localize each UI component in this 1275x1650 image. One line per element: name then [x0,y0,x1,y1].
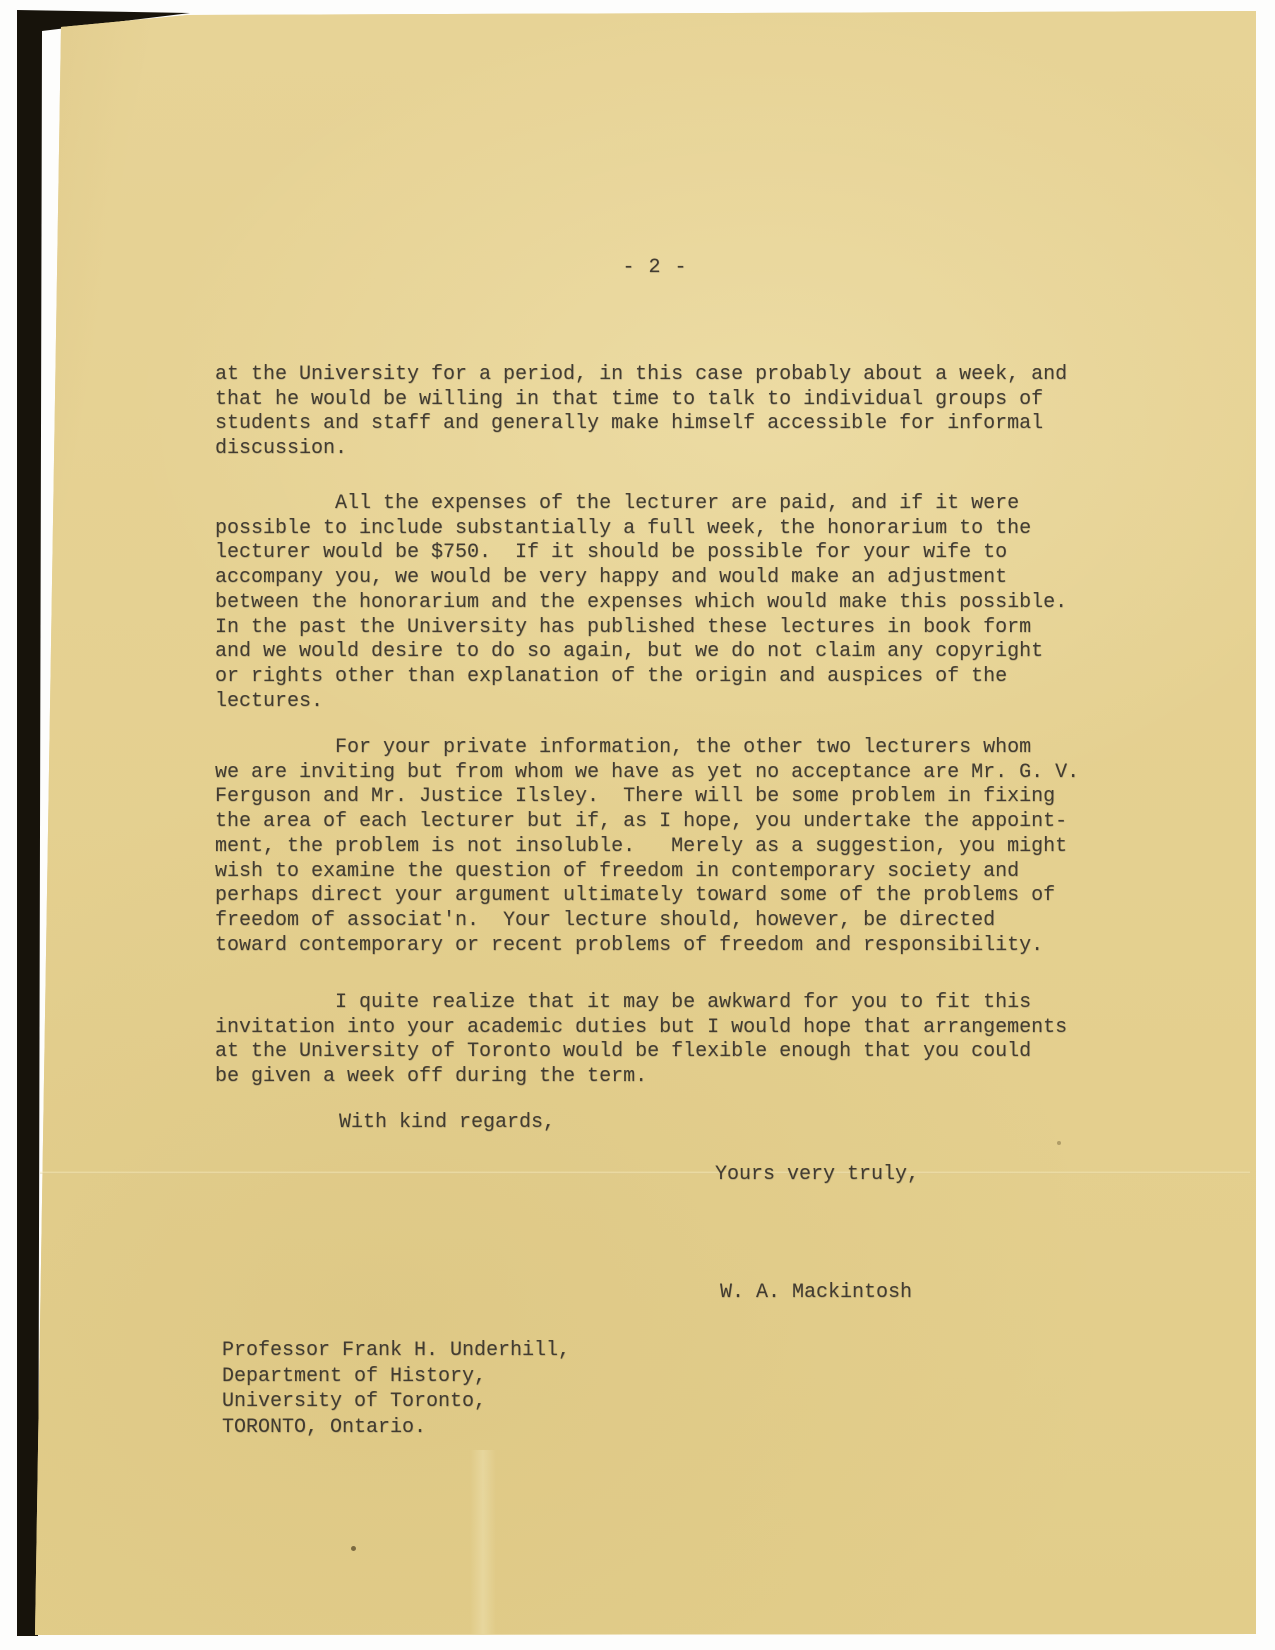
letter-text-layer: - 2 - at the University for a period, in… [0,0,1275,1650]
body-paragraph-3: For your private information, the other … [215,736,1079,958]
scanned-letter-page: - 2 - at the University for a period, in… [0,0,1275,1650]
body-paragraph-4: I quite realize that it may be awkward f… [215,991,1067,1090]
valediction-line: Yours very truly, [715,1163,919,1188]
signature-name: W. A. Mackintosh [720,1281,912,1306]
page-number: - 2 - [215,256,1095,281]
regards-line: With kind regards, [339,1111,555,1136]
body-paragraph-1: at the University for a period, in this … [215,363,1067,462]
recipient-address-block: Professor Frank H. Underhill, Department… [222,1338,570,1440]
body-paragraph-2: All the expenses of the lecturer are pai… [215,492,1067,714]
